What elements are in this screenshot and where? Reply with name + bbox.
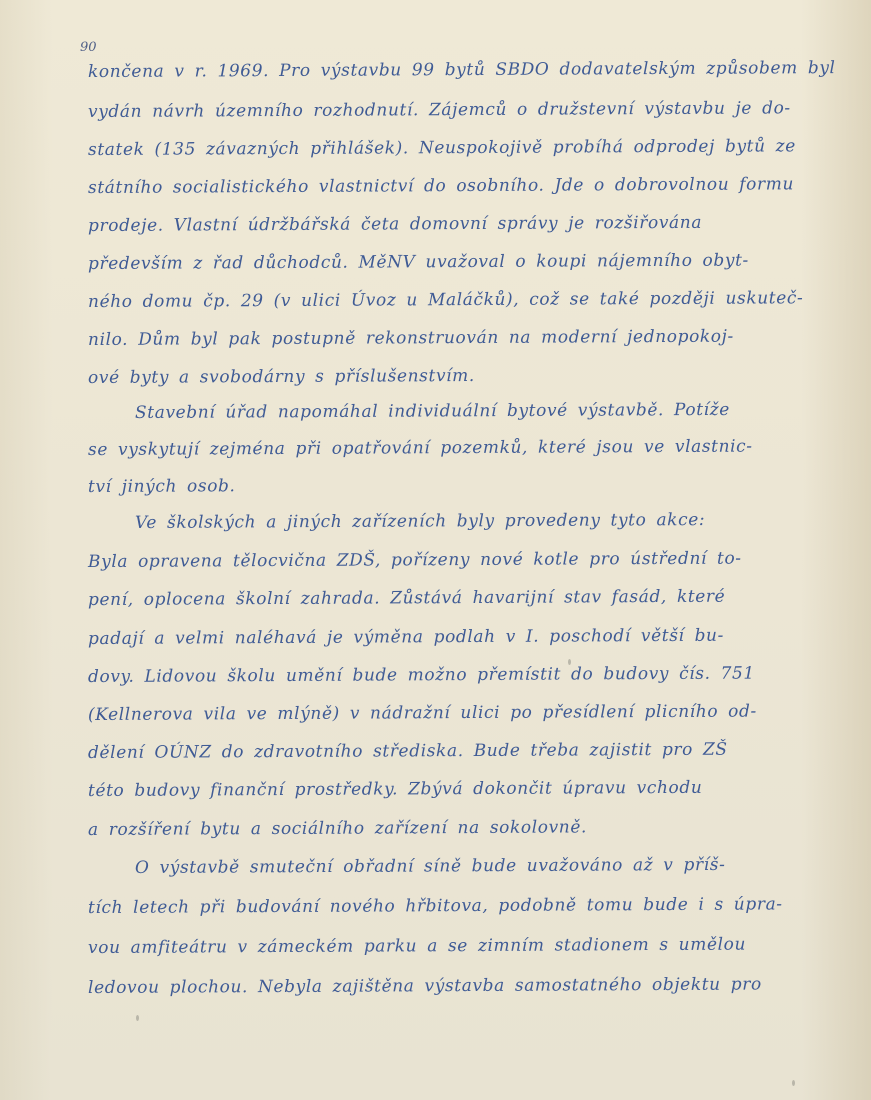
text-line: se vyskytují zejména při opatřování poze… [88, 436, 808, 460]
paper-spot [136, 1015, 139, 1021]
paper-spot [568, 659, 571, 665]
text-line: statek (135 závazných přihlášek). Neuspo… [88, 136, 808, 160]
text-line: dělení OÚNZ do zdravotního střediska. Bu… [88, 739, 808, 763]
paragraph-start: Stavební úřad napomáhal individuální byt… [135, 399, 855, 423]
page-number: 90 [80, 40, 97, 55]
text-line: nilo. Dům byl pak postupně rekonstruován… [88, 326, 808, 350]
text-line: ledovou plochou. Nebyla zajištěna výstav… [88, 974, 808, 998]
paper-spot [792, 1080, 795, 1086]
text-line: vydán návrh územního rozhodnutí. Zájemců… [88, 98, 808, 122]
text-line: tví jiných osob. [88, 473, 808, 497]
paragraph-start: O výstavbě smuteční obřadní síně bude uv… [135, 854, 855, 878]
text-line: dovy. Lidovou školu umění bude možno pře… [88, 663, 808, 687]
text-line: padají a velmi naléhavá je výměna podlah… [88, 625, 808, 649]
text-line: vou amfiteátru v zámeckém parku a se zim… [88, 934, 808, 958]
text-line: ové byty a svobodárny s příslušenstvím. [88, 364, 808, 388]
text-line: Byla opravena tělocvična ZDŠ, pořízeny n… [88, 548, 808, 572]
text-line: této budovy finanční prostředky. Zbývá d… [88, 777, 808, 801]
paragraph-start: Ve školských a jiných zařízeních byly pr… [135, 509, 855, 533]
text-line: tích letech při budování nového hřbitova… [88, 894, 808, 918]
chronicle-page: 90 končena v r. 1969. Pro výstavbu 99 by… [0, 0, 871, 1100]
text-line: především z řad důchodců. MěNV uvažoval … [88, 250, 808, 274]
text-line: a rozšíření bytu a sociálního zařízení n… [88, 816, 808, 840]
text-line: státního socialistického vlastnictví do … [88, 174, 808, 198]
text-line: prodeje. Vlastní údržbářská četa domovní… [88, 212, 808, 236]
text-line: pení, oplocena školní zahrada. Zůstává h… [88, 586, 808, 610]
text-line: (Kellnerova vila ve mlýně) v nádražní ul… [88, 701, 808, 725]
text-line: ného domu čp. 29 (v ulici Úvoz u Maláčků… [88, 288, 808, 312]
text-line: končena v r. 1969. Pro výstavbu 99 bytů … [88, 58, 808, 82]
